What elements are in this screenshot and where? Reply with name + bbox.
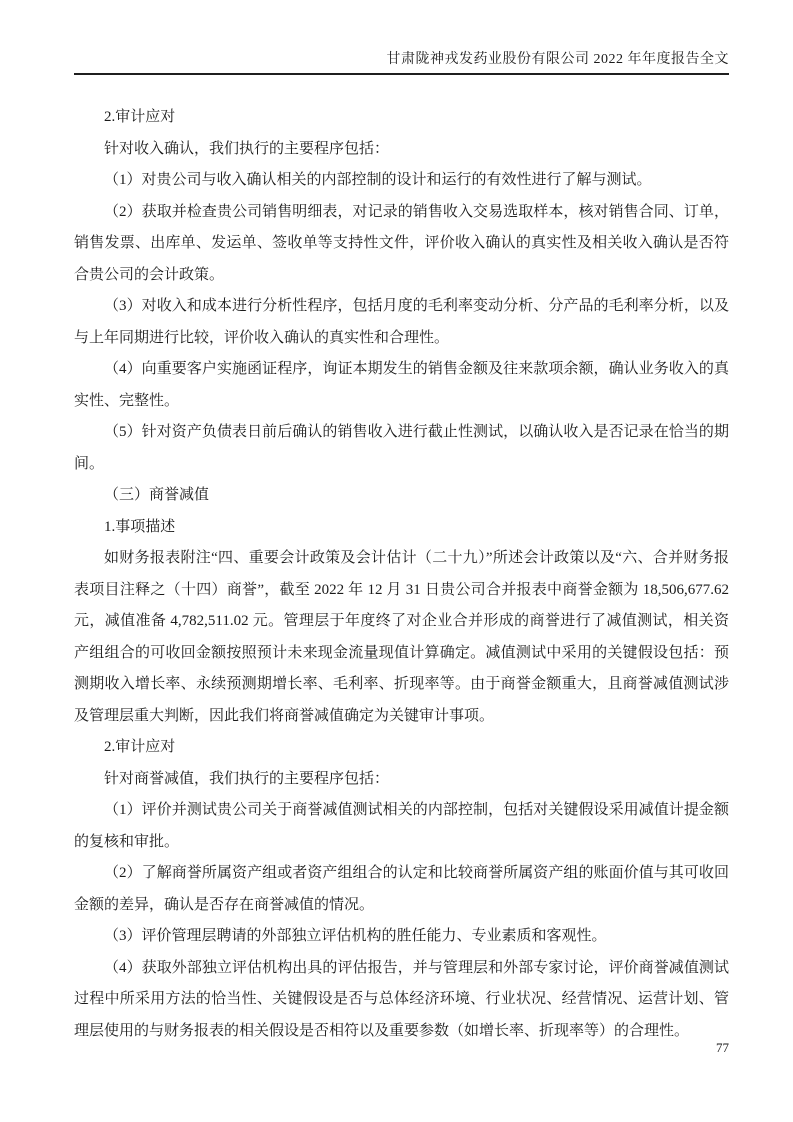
- paragraph-matter-description-heading: 1.事项描述: [74, 512, 729, 544]
- paragraph-revenue-item-2: （2）获取并检查贵公司销售明细表，对记录的销售收入交易选取样本，核对销售合同、订…: [74, 197, 729, 292]
- paragraph-revenue-procedures-intro: 针对收入确认，我们执行的主要程序包括：: [74, 134, 729, 166]
- header-title: 甘肃陇神戎发药业股份有限公司 2022 年年度报告全文: [387, 52, 730, 67]
- paragraph-goodwill-item-1: （1）评价并测试贵公司关于商誉减值测试相关的内部控制，包括对关键假设采用减值计提…: [74, 795, 729, 858]
- paragraph-goodwill-description: 如财务报表附注“四、重要会计政策及会计估计（二十九）”所述会计政策以及“六、合并…: [74, 543, 729, 732]
- paragraph-revenue-item-3: （3）对收入和成本进行分析性程序，包括月度的毛利率变动分析、分产品的毛利率分析，…: [74, 291, 729, 354]
- paragraph-revenue-item-1: （1）对贵公司与收入确认相关的内部控制的设计和运行的有效性进行了解与测试。: [74, 165, 729, 197]
- paragraph-audit-response-heading: 2.审计应对: [74, 102, 729, 134]
- page-number: 77: [716, 1040, 729, 1056]
- paragraph-goodwill-procedures-intro: 针对商誉减值，我们执行的主要程序包括：: [74, 764, 729, 796]
- paragraph-goodwill-item-4: （4）获取外部独立评估机构出具的评估报告，并与管理层和外部专家讨论，评价商誉减值…: [74, 953, 729, 1048]
- paragraph-goodwill-section-heading: （三）商誉减值: [74, 480, 729, 512]
- page-header: 甘肃陇神戎发药业股份有限公司 2022 年年度报告全文: [74, 50, 729, 75]
- document-body: 2.审计应对 针对收入确认，我们执行的主要程序包括： （1）对贵公司与收入确认相…: [74, 102, 729, 1047]
- paragraph-revenue-item-4: （4）向重要客户实施函证程序，询证本期发生的销售金额及往来款项余额，确认业务收入…: [74, 354, 729, 417]
- document-page: 甘肃陇神戎发药业股份有限公司 2022 年年度报告全文 2.审计应对 针对收入确…: [0, 0, 793, 1122]
- paragraph-goodwill-item-2: （2）了解商誉所属资产组或者资产组组合的认定和比较商誉所属资产组的账面价值与其可…: [74, 858, 729, 921]
- paragraph-revenue-item-5: （5）针对资产负债表日前后确认的销售收入进行截止性测试，以确认收入是否记录在恰当…: [74, 417, 729, 480]
- paragraph-audit-response-heading-2: 2.审计应对: [74, 732, 729, 764]
- paragraph-goodwill-item-3: （3）评价管理层聘请的外部独立评估机构的胜任能力、专业素质和客观性。: [74, 921, 729, 953]
